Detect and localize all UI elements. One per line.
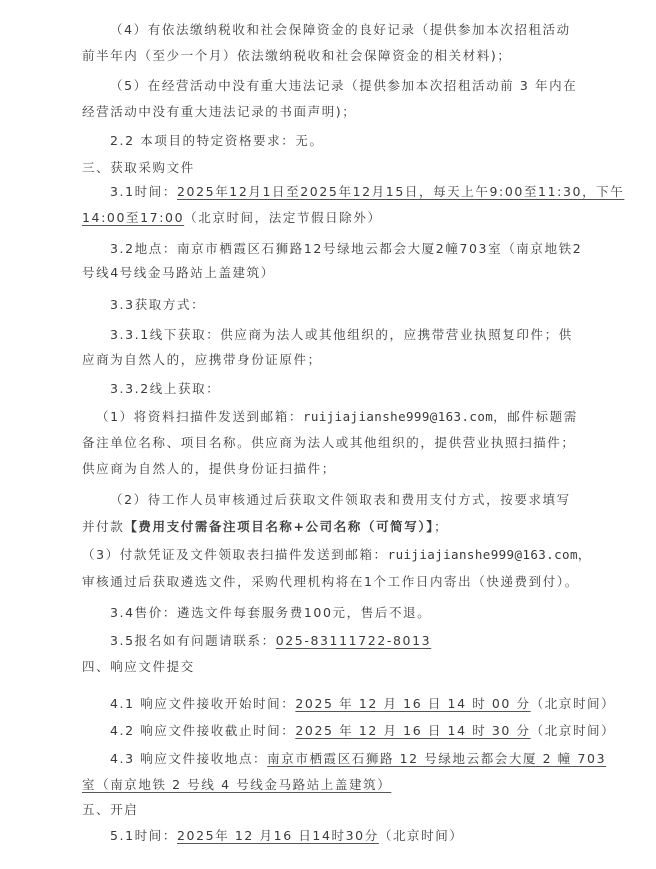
text: （5）在经营活动中没有重大违法记录（提供参加本次招租活动前 3 年内在 [110, 78, 577, 93]
paragraph-line: 并付款【费用支付需备注项目名称+公司名称（可简写）】； [82, 519, 582, 535]
text: 5.1时间： [110, 828, 177, 843]
text: ，邮件标题需 [493, 409, 578, 424]
text: （北京时间，法定节假日除外） [184, 210, 381, 225]
text: 供应商为自然人的，提供身份证扫描件； [82, 461, 336, 476]
underlined-time: 2025年 12 月16 日14时30分 [177, 828, 379, 843]
paragraph-line: 室（南京地铁 2 号线 4 号线金马路站上盖建筑） [82, 777, 582, 793]
text: 三、获取采购文件 [82, 160, 195, 175]
document-page: （4）有依法缴纳税收和社会保障资金的良好记录（提供参加本次招租活动 前半年内（至… [0, 0, 656, 869]
text: 3.3.1线下获取：供应商为法人或其他组织的，应携带营业执照复印件；供 [110, 327, 573, 342]
text: 号线4号线金马路站上盖建筑） [82, 265, 275, 280]
paragraph-line: 3.3.1线下获取：供应商为法人或其他组织的，应携带营业执照复印件；供 [110, 327, 610, 343]
text: （北京时间） [531, 723, 616, 738]
paragraph-line: 4.1 响应文件接收开始时间：2025 年 12 月 16 日 14 时 00 … [110, 696, 610, 712]
text: ； [434, 519, 448, 534]
section-heading: 五、开启 [82, 802, 582, 818]
text: 3.5报名如有问题请联系： [110, 633, 276, 648]
section-heading: 三、获取采购文件 [82, 160, 582, 176]
paragraph-line: 3.1时间：2025年12月1日至2025年12月15日，每天上午9:00至11… [110, 184, 610, 200]
text: 备注单位名称、项目名称。供应商为法人或其他组织的，提供营业执照扫描件； [82, 435, 576, 450]
paragraph-line: 5.1时间：2025年 12 月16 日14时30分（北京时间） [110, 828, 610, 844]
paragraph-line: 审核通过后获取遴选文件，采购代理机构将在1个工作日内寄出（快递费到付）。 [82, 574, 582, 590]
paragraph-line: 供应商为自然人的，提供身份证扫描件； [82, 461, 582, 477]
text: 3.4售价：遴选文件每套服务费100元，售后不退。 [110, 605, 431, 620]
paragraph-line: 3.3.2线上获取： [110, 381, 610, 397]
paragraph-line: 3.4售价：遴选文件每套服务费100元，售后不退。 [110, 605, 610, 621]
paragraph-line: 3.5报名如有问题请联系：025-83111722-8013 [110, 633, 610, 649]
text: 并付款 [82, 519, 124, 534]
paragraph-line: （4）有依法缴纳税收和社会保障资金的良好记录（提供参加本次招租活动 [110, 22, 610, 38]
text: 经营活动中没有重大违法记录的书面声明)； [82, 104, 356, 119]
text: （1）将资料扫描件发送到邮箱： [96, 409, 303, 424]
text: （2）待工作人员审核通过后获取文件领取表和费用支付方式，按要求填写 [110, 492, 571, 507]
underlined-time: 2025 年 12 月 16 日 14 时 00 分 [295, 696, 530, 711]
text: 4.3 响应文件接收地点： [110, 751, 267, 766]
text: 2.2 本项目的特定资格要求：无。 [110, 133, 324, 148]
text: 3.3获取方式： [110, 297, 205, 312]
paragraph-line: 14:00至17:00（北京时间，法定节假日除外） [82, 210, 582, 226]
paragraph-line: 2.2 本项目的特定资格要求：无。 [110, 133, 610, 149]
section-heading: 四、响应文件提交 [82, 659, 582, 675]
phone-number[interactable]: 025-83111722-8013 [276, 633, 432, 648]
underlined-address: 南京市栖霞区石狮路 12 号绿地云都会大厦 2 幢 703 [267, 751, 606, 766]
paragraph-line: 3.3获取方式： [110, 297, 610, 313]
paragraph-line: （1）将资料扫描件发送到邮箱：ruijiajianshe999@163.com，… [96, 409, 596, 425]
paragraph-line: 备注单位名称、项目名称。供应商为法人或其他组织的，提供营业执照扫描件； [82, 435, 582, 451]
text: 3.2地点：南京市栖霞区石狮路12号绿地云都会大厦2幢703室（南京地铁2 [110, 241, 582, 256]
text: （4）有依法缴纳税收和社会保障资金的良好记录（提供参加本次招租活动 [110, 22, 571, 37]
text: 前半年内（至少一个月）依法缴纳税收和社会保障资金的相关材料)； [82, 48, 511, 63]
paragraph-line: （2）待工作人员审核通过后获取文件领取表和费用支付方式，按要求填写 [110, 492, 610, 508]
underlined-time: 14:00至17:00 [82, 210, 184, 225]
paragraph-line: 3.2地点：南京市栖霞区石狮路12号绿地云都会大厦2幢703室（南京地铁2 [110, 241, 610, 257]
text: （北京时间） [379, 828, 464, 843]
paragraph-line: 号线4号线金马路站上盖建筑） [82, 265, 582, 281]
text: 4.2 响应文件接收截止时间： [110, 723, 295, 738]
text: ， [578, 547, 592, 562]
text: 3.1时间： [110, 184, 177, 199]
underlined-time: 2025 年 12 月 16 日 14 时 30 分 [295, 723, 530, 738]
paragraph-line: 应商为自然人的，应携带身份证原件； [82, 352, 582, 368]
underlined-time: 2025年12月1日至2025年12月15日，每天上午9:00至11:30，下午 [177, 184, 624, 199]
text: 应商为自然人的，应携带身份证原件； [82, 352, 322, 367]
bold-note: 【费用支付需备注项目名称+公司名称（可简写）】 [124, 519, 434, 534]
text: 审核通过后获取遴选文件，采购代理机构将在1个工作日内寄出（快递费到付）。 [82, 574, 579, 589]
text: 4.1 响应文件接收开始时间： [110, 696, 295, 711]
email-link[interactable]: ruijiajianshe999@163.com [388, 547, 578, 562]
paragraph-line: （3）付款凭证及文件领取表扫描件发送到邮箱：ruijiajianshe999@1… [82, 547, 582, 563]
text: 四、响应文件提交 [82, 659, 195, 674]
paragraph-line: 经营活动中没有重大违法记录的书面声明)； [82, 104, 582, 120]
text: （北京时间） [531, 696, 616, 711]
underlined-address: 室（南京地铁 2 号线 4 号线金马路站上盖建筑） [82, 777, 391, 792]
text: 3.3.2线上获取： [110, 381, 220, 396]
paragraph-line: 4.3 响应文件接收地点：南京市栖霞区石狮路 12 号绿地云都会大厦 2 幢 7… [110, 751, 610, 767]
paragraph-line: （5）在经营活动中没有重大违法记录（提供参加本次招租活动前 3 年内在 [110, 78, 610, 94]
email-link[interactable]: ruijiajianshe999@163.com [303, 409, 493, 424]
paragraph-line: 4.2 响应文件接收截止时间：2025 年 12 月 16 日 14 时 30 … [110, 723, 610, 739]
text: （3）付款凭证及文件领取表扫描件发送到邮箱： [82, 547, 388, 562]
paragraph-line: 前半年内（至少一个月）依法缴纳税收和社会保障资金的相关材料)； [82, 48, 582, 64]
text: 五、开启 [82, 802, 138, 817]
